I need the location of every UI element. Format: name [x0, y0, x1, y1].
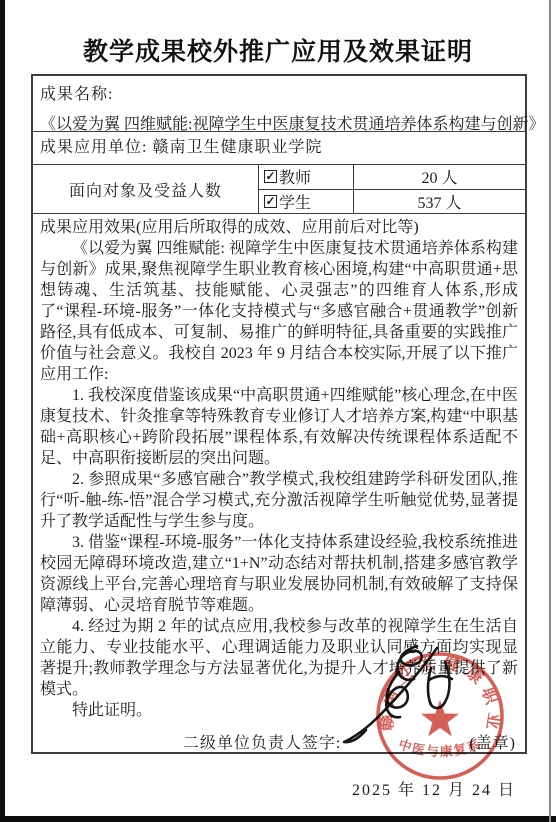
teacher-category-cell: ✓ 教师	[259, 165, 354, 189]
teacher-count: 20 人	[354, 165, 525, 189]
audience-subrow-students: ✓ 学生 537 人	[259, 189, 525, 214]
student-count: 537 人	[354, 190, 525, 214]
seal-star-icon	[421, 700, 459, 736]
audience-subrow-teachers: ✓ 教师 20 人	[259, 165, 525, 189]
effect-paragraph: 《以爱为翼 四维赋能: 视障学生中医康复技术贯通培养体系构建与创新》成果,聚焦视…	[40, 238, 518, 385]
achievement-name-label: 成果名称:	[40, 81, 518, 104]
document-title: 教学成果校外推广应用及效果证明	[0, 32, 556, 68]
seal-bottom-text: 中医与康复系	[397, 737, 484, 760]
effect-paragraph: 3. 借鉴“课程-环境-服务”一体化支持体系建设经验,我校系统推进校园无障碍环境…	[40, 532, 518, 616]
checked-checkbox-icon: ✓	[264, 170, 277, 183]
red-seal-stamp: 赣南卫生健康职业学院 中医与康复系	[370, 646, 510, 786]
student-label: 学生	[279, 190, 311, 213]
applying-unit-row: 成果应用单位: 赣南卫生健康职业学院	[33, 132, 525, 165]
scan-edge-bottom	[0, 816, 556, 822]
scan-edge-left	[0, 0, 5, 822]
effect-paragraph: 2. 参照成果“多感官融合”教学模式,我校组建跨学科研发团队,推行“听-触-练-…	[40, 469, 518, 532]
audience-subtable: ✓ 教师 20 人 ✓ 学生 537 人	[259, 165, 525, 213]
effect-header: 成果应用效果(应用后所取得的成效、应用前后对比等)	[40, 217, 518, 238]
scan-edge-right	[549, 0, 551, 822]
achievement-name-row: 成果名称: 《以爱为翼 四维赋能:视障学生中医康复技术贯通培养体系构建与创新》	[33, 76, 525, 132]
student-category-cell: ✓ 学生	[259, 190, 354, 214]
audience-row: 面向对象及受益人数 ✓ 教师 20 人 ✓ 学生 537 人	[33, 165, 525, 214]
audience-label: 面向对象及受益人数	[33, 165, 259, 213]
checked-checkbox-icon: ✓	[264, 195, 277, 208]
teacher-label: 教师	[279, 165, 311, 188]
effect-paragraph: 1. 我校深度借鉴该成果“中高职贯通+四维赋能”核心理念,在中医康复技术、针灸推…	[40, 385, 518, 469]
signer-label: 二级单位负责人签字:	[183, 730, 341, 753]
achievement-name-value: 《以爱为翼 四维赋能:视障学生中医康复技术贯通培养体系构建与创新》	[40, 111, 518, 134]
